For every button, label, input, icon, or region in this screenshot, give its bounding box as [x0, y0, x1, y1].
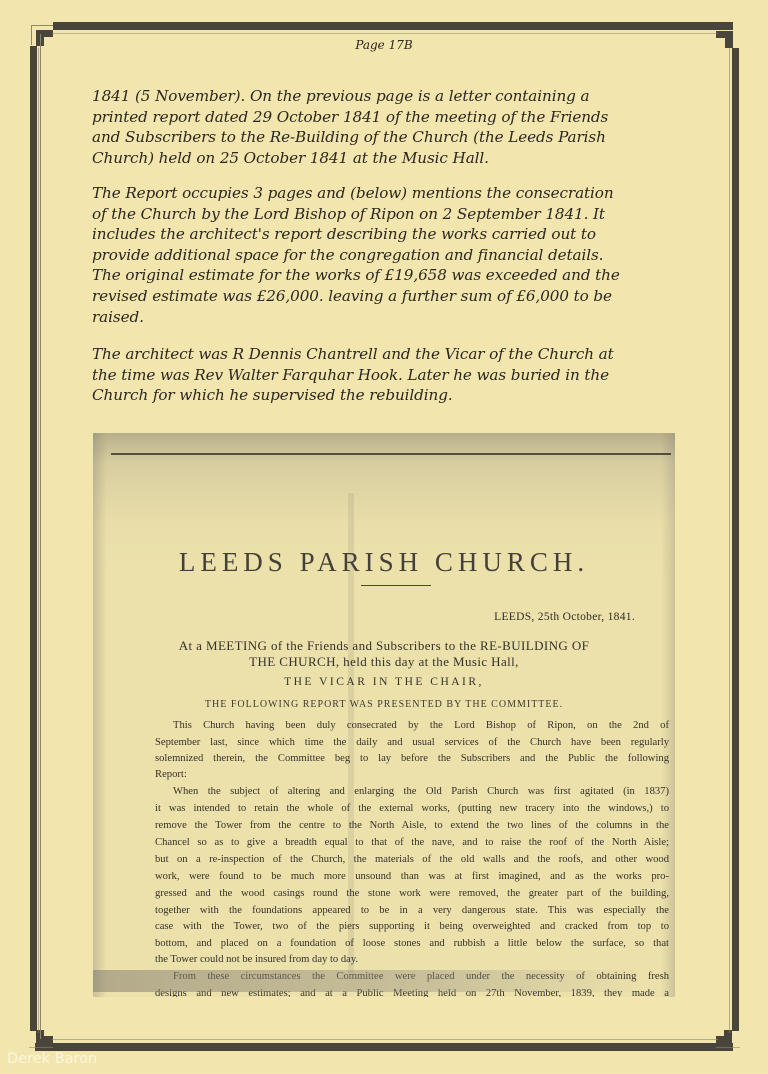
paragraph-line: printed report dated 29 October 1841 of … [92, 107, 692, 128]
frame-top [53, 22, 733, 30]
scan-body-line: solemnized therein, the Committee beg to… [155, 751, 669, 768]
scan-body-line: together with the foundations appeared t… [155, 903, 669, 920]
scan-body-line: Report: [155, 767, 669, 784]
paragraph-line: raised. [92, 307, 692, 328]
scan-date: LEEDS, 25th October, 1841. [494, 611, 635, 623]
frame-corner-bl-h [36, 1036, 53, 1043]
scan-body-line: gressed and the wood casings round the s… [155, 886, 669, 903]
scan-body-line: but on a re-inspection of the Church, th… [155, 852, 669, 869]
paragraph-line: Church for which he supervised the rebui… [92, 385, 692, 406]
paragraph-line: The original estimate for the works of £… [92, 265, 692, 286]
scan-title: LEEDS PARISH CHURCH. [93, 547, 675, 578]
frame-thin-top [52, 33, 718, 34]
paragraph-line: includes the architect's report describi… [92, 224, 692, 245]
paragraph-line: provide additional space for the congreg… [92, 245, 692, 266]
frame-thin-bottom [52, 1039, 718, 1040]
frame-thin-outer-left [40, 34, 41, 1039]
frame-thin-left [38, 48, 39, 1033]
paragraph-line: revised estimate was £26,000. leaving a … [92, 286, 692, 307]
scan-bottom-shadow [93, 970, 675, 992]
watermark-credit: Derek Baron [7, 1051, 97, 1067]
scan-meeting-line-2: THE CHURCH, held this day at the Music H… [93, 654, 675, 670]
paragraph-line: The architect was R Dennis Chantrell and… [92, 344, 692, 365]
scan-body-line: case with the Tower, two of the piers su… [155, 919, 669, 936]
paragraph-line: Church) held on 25 October 1841 at the M… [92, 148, 692, 169]
paragraph-1: 1841 (5 November). On the previous page … [92, 86, 692, 168]
scan-torn-edge [111, 453, 671, 455]
frame-right [732, 48, 739, 1031]
frame-thin-tl [31, 25, 53, 26]
frame-thin-right [729, 48, 730, 1033]
scan-following-line: THE FOLLOWING REPORT WAS PRESENTED BY TH… [93, 699, 675, 710]
scan-body-line: it was intended to retain the whole of t… [155, 801, 669, 818]
scanned-report-image: LEEDS PARISH CHURCH. LEEDS, 25th October… [93, 433, 675, 997]
page-number: Page 17B [0, 38, 768, 52]
scan-body-line: the Tower could not be insured from day … [155, 952, 669, 969]
paragraph-line: The Report occupies 3 pages and (below) … [92, 183, 692, 204]
scan-body-line: When the subject of altering and enlargi… [173, 784, 669, 801]
scan-body-line: This Church having been duly consecrated… [173, 718, 669, 735]
paragraph-3: The architect was R Dennis Chantrell and… [92, 344, 692, 406]
scan-body-line: Chancel so as to give a breadth equal to… [155, 835, 669, 852]
frame-corner-br-h [716, 1036, 732, 1043]
frame-left [30, 46, 37, 1031]
scan-body-line: remove the Tower from the centre to the … [155, 818, 669, 835]
paragraph-line: of the Church by the Lord Bishop of Ripo… [92, 204, 692, 225]
scan-body-line: bottom, and placed on a foundation of lo… [155, 936, 669, 953]
paragraph-line: and Subscribers to the Re-Building of th… [92, 127, 692, 148]
paragraph-2: The Report occupies 3 pages and (below) … [92, 183, 692, 327]
scan-meeting-line-1: At a MEETING of the Friends and Subscrib… [93, 638, 675, 654]
paragraph-line: the time was Rev Walter Farquhar Hook. L… [92, 365, 692, 386]
paragraph-line: 1841 (5 November). On the previous page … [92, 86, 692, 107]
frame-thin-bl [29, 1047, 53, 1048]
frame-thin-br [716, 1047, 740, 1048]
scan-vicar-line: THE VICAR IN THE CHAIR, [93, 676, 675, 688]
frame-bottom-full [52, 1043, 733, 1051]
scan-body-line: work, were found to be much more unsound… [155, 869, 669, 886]
scan-body-line: September last, since which time the dai… [155, 735, 669, 752]
scan-title-rule [361, 585, 431, 586]
